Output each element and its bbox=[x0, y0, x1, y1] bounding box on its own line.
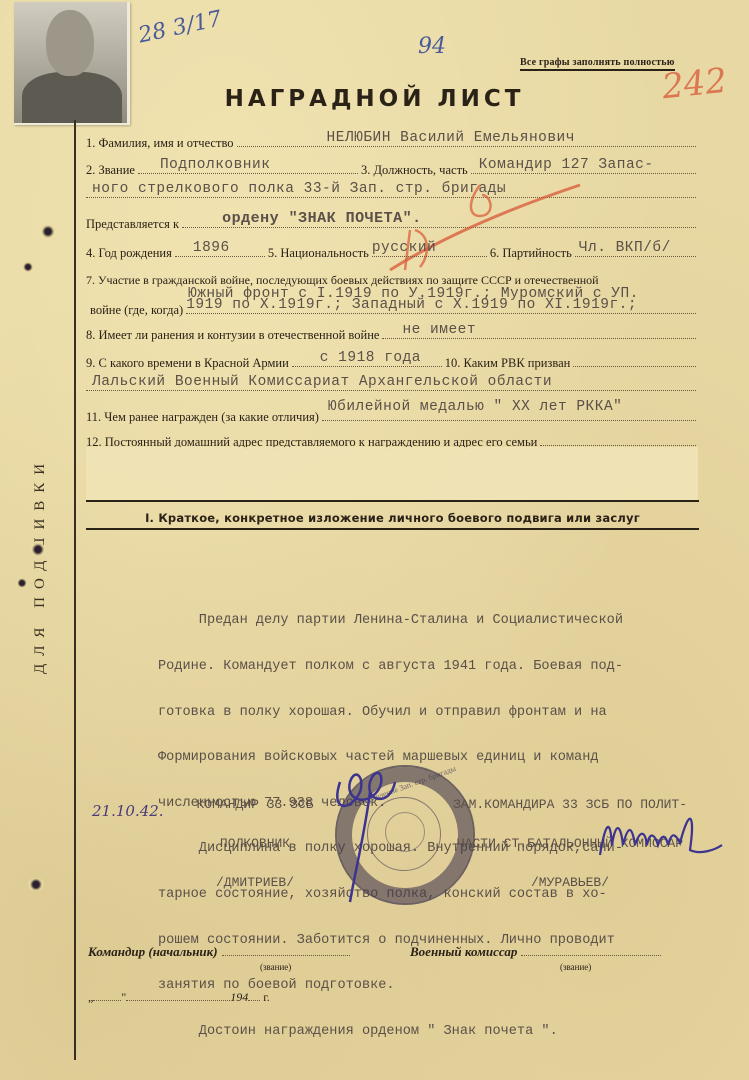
field-label: 10. Каким РВК призван bbox=[445, 356, 571, 371]
commander-signature-block: КОМАНДИР 33 ЗСБ ПОЛКОВНИК /ДМИТРИЕВ/ bbox=[180, 772, 330, 902]
footer-label: Командир (начальник) bbox=[88, 944, 218, 959]
year-prefix: 194 bbox=[230, 990, 248, 1004]
punch-hole-icon bbox=[16, 578, 28, 588]
field-label: 1. Фамилия, имя и отчество bbox=[86, 136, 234, 151]
field-label: 2. Звание bbox=[86, 163, 135, 178]
field-label: 4. Год рождения bbox=[86, 246, 172, 261]
field-value: русский bbox=[372, 240, 436, 256]
signatory-rank: ПОЛКОВНИК bbox=[180, 837, 330, 850]
year-suffix: г. bbox=[263, 990, 270, 1004]
punch-hole-icon bbox=[28, 878, 44, 891]
field-rvk-value: Лальский Военный Комиссариат Архангельск… bbox=[86, 380, 699, 391]
field-value: с 1918 года bbox=[320, 350, 421, 366]
commander-signature bbox=[310, 752, 420, 912]
signatory-name: /МУРАВЬЕВ/ bbox=[415, 876, 725, 889]
punch-hole-icon bbox=[22, 262, 34, 272]
field-label: 9. С какого времени в Красной Армии bbox=[86, 356, 289, 371]
binding-margin-line bbox=[74, 120, 76, 1060]
field-value: Подполковник bbox=[160, 157, 270, 173]
field-value: Юбилейной медалью " XX лет РККА" bbox=[328, 399, 622, 415]
section-divider bbox=[86, 500, 699, 502]
commissar-signature bbox=[590, 805, 730, 865]
footer-label: Военный комиссар bbox=[410, 944, 517, 959]
narrative-line: Предан делу партии Ленина-Сталина и Соци… bbox=[158, 613, 718, 628]
fill-instruction: Все графы заполнять полностью bbox=[520, 57, 675, 71]
section-title: I. Краткое, конкретное изложение личного… bbox=[86, 511, 699, 525]
field-value: НЕЛЮБИН Василий Емельянович bbox=[327, 130, 575, 146]
field-value: не имеет bbox=[402, 322, 476, 338]
field-label: 11. Чем ранее награжден (за какие отличи… bbox=[86, 410, 319, 425]
field-prev-awards: 11. Чем ранее награжден (за какие отличи… bbox=[86, 410, 699, 425]
field-birth-nationality-party: 4. Год рождения 1896 5. Национальность р… bbox=[86, 246, 699, 261]
handwritten-date: 21.10.42. bbox=[92, 802, 164, 820]
handwritten-archive-number: 28 3/17 bbox=[137, 9, 224, 46]
signatory-name: /ДМИТРИЕВ/ bbox=[180, 876, 330, 889]
field-war-participation: войне (где, когда) 1919 по X.1919г.; Зап… bbox=[86, 303, 699, 318]
field-value: Командир 127 Запас- bbox=[479, 157, 654, 173]
field-name: 1. Фамилия, имя и отчество НЕЛЮБИН Васил… bbox=[86, 136, 699, 151]
binding-label: ДЛЯ ПОДШИВКИ bbox=[32, 440, 56, 690]
rank-note: (звание) bbox=[260, 962, 291, 972]
punch-hole-icon bbox=[30, 543, 46, 556]
footer-commissar: Военный комиссар bbox=[410, 943, 661, 961]
footer-date-line: „"194 г. bbox=[88, 990, 270, 1005]
narrative-line: Формирования войсковых частей маршевых е… bbox=[158, 750, 718, 765]
narrative-line: Достоин награждения орденом " Знак почет… bbox=[158, 1024, 718, 1039]
narrative-line: Родине. Командует полком с августа 1941 … bbox=[158, 659, 718, 674]
field-label: 8. Имеет ли ранения и контузии в отечест… bbox=[86, 328, 379, 343]
field-value: 1896 bbox=[193, 240, 230, 256]
field-value: 1919 по X.1919г.; Западный с X.1919 по X… bbox=[186, 297, 637, 313]
field-army-since-rvk: 9. С какого времени в Красной Армии с 19… bbox=[86, 356, 699, 371]
punch-hole-icon bbox=[40, 225, 56, 238]
section-divider bbox=[86, 528, 699, 530]
footer-commander: Командир (начальник) bbox=[88, 943, 350, 961]
handwritten-page-number: 94 bbox=[418, 34, 446, 59]
field-label: 6. Партийность bbox=[490, 246, 572, 261]
field-label: Представляется к bbox=[86, 217, 179, 232]
field-label: войне (где, когда) bbox=[86, 303, 183, 318]
field-label: 5. Национальность bbox=[268, 246, 369, 261]
redacted-address-area bbox=[86, 447, 698, 500]
field-value: Чл. ВКП/б/ bbox=[579, 240, 671, 256]
signatory-title: КОМАНДИР 33 ЗСБ bbox=[180, 798, 330, 811]
document-title: НАГРАДНОЙ ЛИСТ bbox=[0, 86, 749, 112]
field-wounds: 8. Имеет ли ранения и контузии в отечест… bbox=[86, 328, 699, 343]
field-value: Лальский Военный Комиссариат Архангельск… bbox=[92, 374, 552, 390]
rank-note: (звание) bbox=[560, 962, 591, 972]
narrative-line: готовка в полку хорошая. Обучил и отправ… bbox=[158, 705, 718, 720]
